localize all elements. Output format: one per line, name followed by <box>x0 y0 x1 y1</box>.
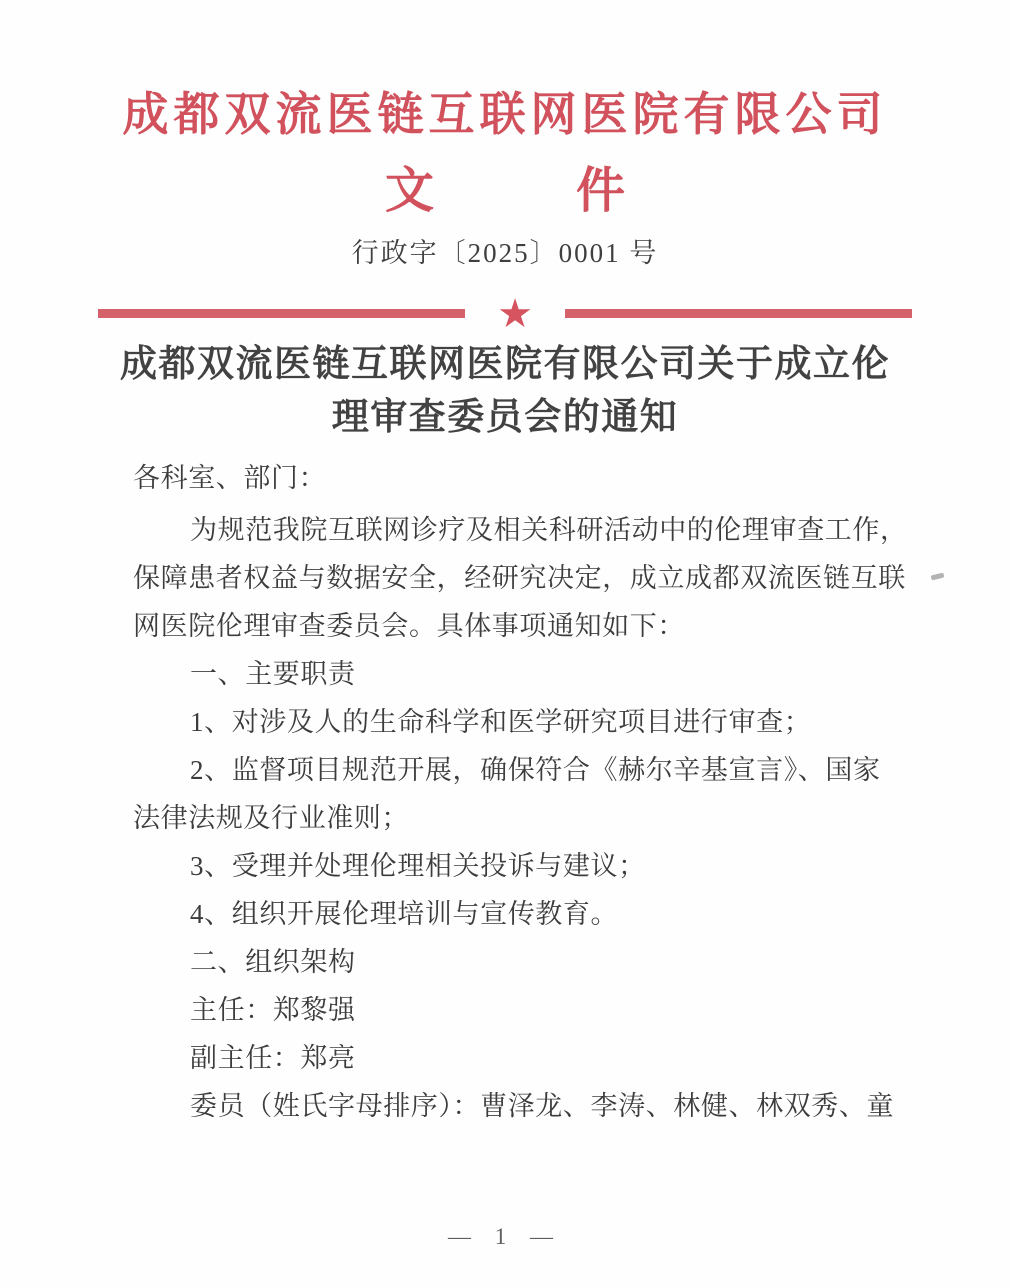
document-page: 成都双流医链互联网医院有限公司 文件 行政字〔2025〕0001 号 ★ 成都双… <box>0 0 1010 1288</box>
doc-reference-number: 行政字〔2025〕0001 号 <box>0 236 1010 270</box>
section-heading: 一、主要职责 <box>133 650 912 698</box>
body-line: 4、组织开展伦理培训与宣传教育。 <box>133 890 912 938</box>
salutation: 各科室、部门： <box>133 454 912 502</box>
page-number: — 1 — <box>0 1224 1010 1250</box>
notice-title-line2: 理审查委员会的通知 <box>0 391 1010 444</box>
body-line: 网医院伦理审查委员会。具体事项通知如下： <box>133 602 912 650</box>
body-line: 1、对涉及人的生命科学和医学研究项目进行审查； <box>133 698 912 746</box>
doc-word-char-wen: 文 <box>385 164 434 218</box>
body-line: 法律法规及行业准则； <box>133 794 912 842</box>
red-divider: ★ <box>98 294 912 332</box>
notice-title: 成都双流医链互联网医院有限公司关于成立伦 理审查委员会的通知 <box>0 338 1010 444</box>
letterhead-doc-word: 文件 <box>0 162 1010 220</box>
letterhead-org-name: 成都双流医链互联网医院有限公司 <box>0 86 1010 142</box>
star-icon: ★ <box>497 295 533 333</box>
scan-speck-artifact <box>931 573 945 581</box>
body-line: 为规范我院互联网诊疗及相关科研活动中的伦理审查工作， <box>133 506 912 554</box>
body-line: 3、受理并处理伦理相关投诉与建议； <box>133 842 912 890</box>
body-line: 2、监督项目规范开展，确保符合《赫尔辛基宣言》、国家 <box>133 746 912 794</box>
body-line: 主任：郑黎强 <box>133 986 912 1034</box>
notice-title-line1: 成都双流医链互联网医院有限公司关于成立伦 <box>0 338 1010 391</box>
body-line: 保障患者权益与数据安全，经研究决定，成立成都双流医链互联 <box>133 554 912 602</box>
divider-line-right <box>565 309 912 318</box>
body-line: 委员（姓氏字母排序）：曹泽龙、李涛、林健、林双秀、童 <box>133 1082 912 1130</box>
notice-body: 各科室、部门： 为规范我院互联网诊疗及相关科研活动中的伦理审查工作， 保障患者权… <box>133 454 912 1130</box>
doc-word-char-jian: 件 <box>576 164 625 218</box>
section-heading: 二、组织架构 <box>133 938 912 986</box>
divider-line-left <box>98 309 465 318</box>
body-line: 副主任：郑亮 <box>133 1034 912 1082</box>
